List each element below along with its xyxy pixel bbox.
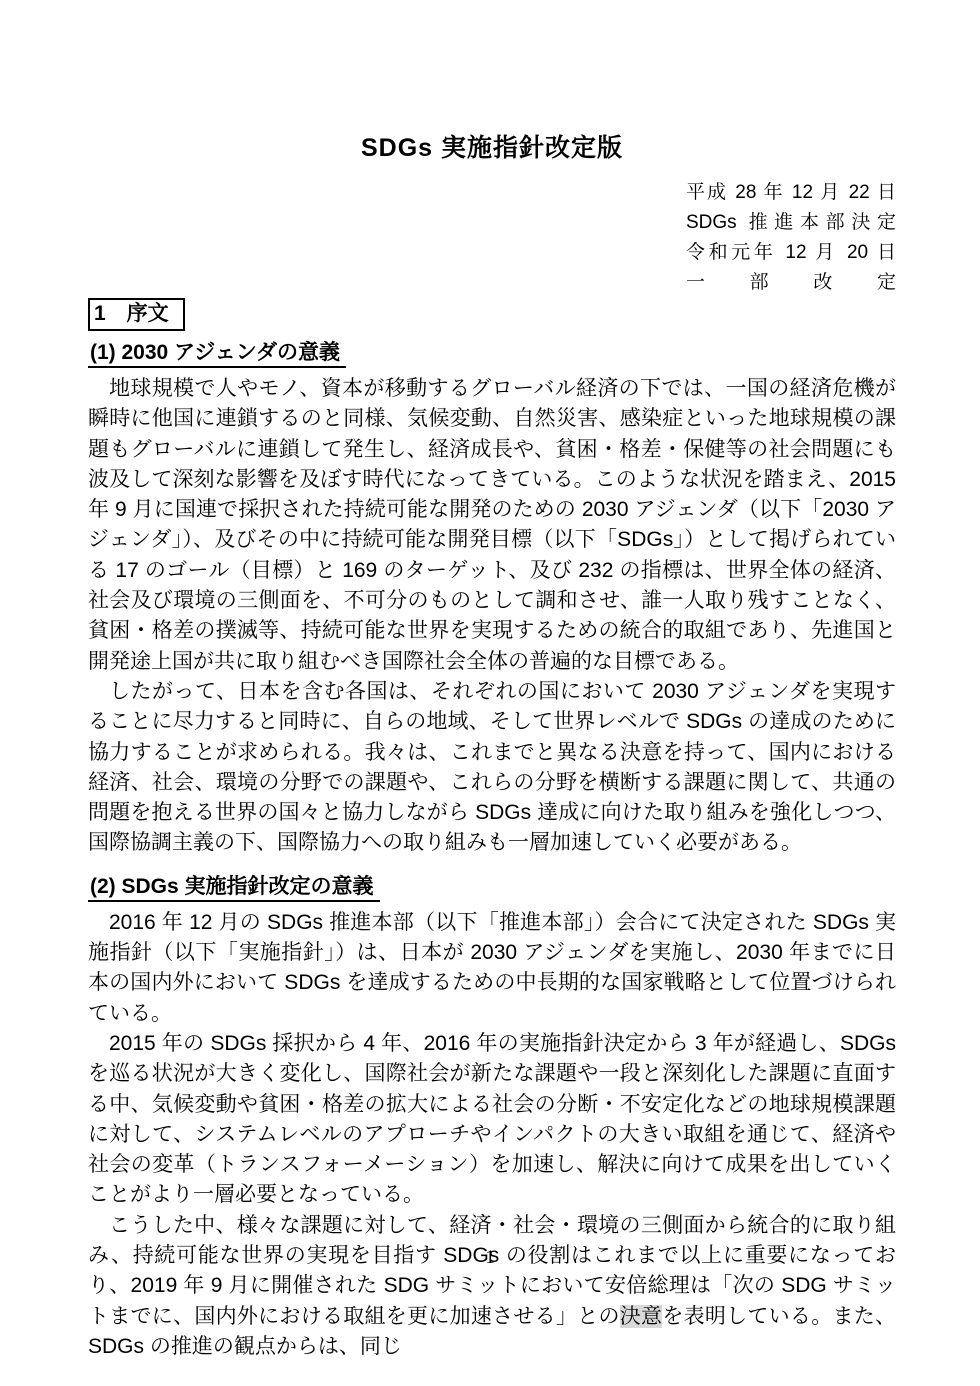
- page-content: SDGs 実施指針改定版 平成 28 年 12 月 22 日 SDGs 推進本部…: [88, 132, 896, 1362]
- paragraph-revision-significance-1: 2016 年 12 月の SDGs 推進本部（以下「推進本部」）会合にて決定され…: [88, 908, 896, 1029]
- subsection-1-2-heading: (2) SDGs 実施指針改定の意義: [88, 875, 896, 902]
- date-line-1: 平成 28 年 12 月 22 日: [686, 178, 896, 208]
- paragraph-revision-significance-3: こうした中、様々な課題に対して、経済・社会・環境の三側面から統合的に取り組み、持…: [88, 1211, 896, 1362]
- section-1-heading-label: 1 序文: [94, 302, 169, 325]
- date-line-3: 令和元年 12 月 20 日: [686, 238, 896, 268]
- date-line-2: SDGs 推進本部決定: [686, 208, 896, 238]
- subsection-1-1-heading-label: (1) 2030 アジェンダの意義: [88, 341, 346, 368]
- highlighted-term: 決意: [620, 1305, 663, 1328]
- subsection-1-1-heading: (1) 2030 アジェンダの意義: [88, 341, 896, 368]
- document-title: SDGs 実施指針改定版: [88, 132, 896, 164]
- paragraph-agenda-significance-1: 地球規模で人やモノ、資本が移動するグローバル経済の下では、一国の経済危機が瞬時に…: [88, 374, 896, 677]
- paragraph-agenda-significance-2: したがって、日本を含む各国は、それぞれの国において 2030 アジェンダを実現す…: [88, 677, 896, 859]
- decision-date-block: 平成 28 年 12 月 22 日 SDGs 推進本部決定 令和元年 12 月 …: [686, 178, 896, 298]
- section-1-heading-box: 1 序文: [88, 298, 185, 331]
- paragraph-revision-significance-2: 2015 年の SDGs 採択から 4 年、2016 年の実施指針決定から 3 …: [88, 1029, 896, 1211]
- subsection-1-2-heading-label: (2) SDGs 実施指針改定の意義: [88, 875, 380, 902]
- page-number: 1: [0, 1246, 980, 1270]
- document-page: SDGs 実施指針改定版 平成 28 年 12 月 22 日 SDGs 推進本部…: [0, 0, 980, 1386]
- date-line-4: 一 部 改 定: [686, 268, 896, 298]
